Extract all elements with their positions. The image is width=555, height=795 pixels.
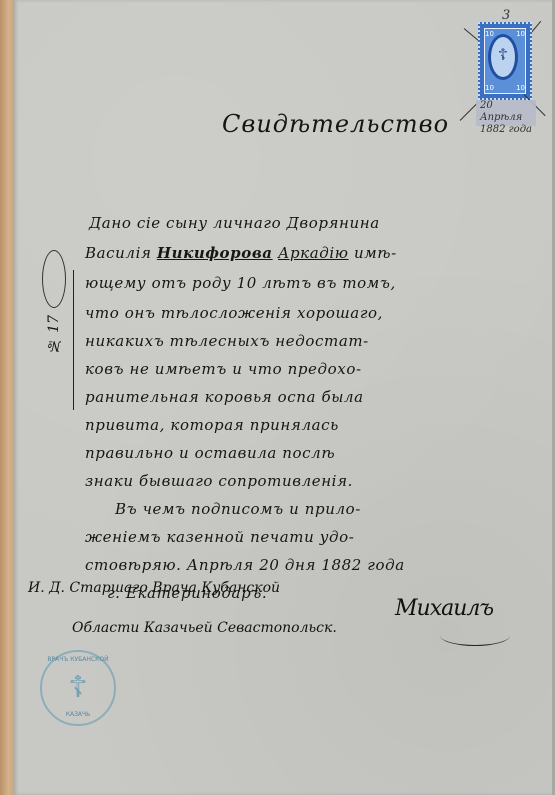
body-line: правильно и оставила послѣ <box>85 444 335 462</box>
body-line: привита, которая принялась <box>85 416 339 434</box>
sheet-number: 3 <box>502 8 510 23</box>
signature: Михаилъ <box>395 596 493 621</box>
body-line: ющему отъ роду 10 лѣтъ въ томъ, <box>85 274 396 292</box>
document-title: Свидѣтельство <box>222 110 449 138</box>
signer-title-line2: Области Казачьей Севастопольск. <box>72 620 337 636</box>
stamp-oval: ☦ <box>488 34 518 80</box>
margin-rule <box>73 270 74 410</box>
stamp-value: 10 <box>485 30 494 38</box>
stamp-cancel-date: 20 Апрѣля 1882 года <box>476 100 536 126</box>
body-line: женіемъ казенной печати удо- <box>85 528 354 546</box>
signer-title-line1: И. Д. Старшаго Врача Кубанской <box>28 580 280 596</box>
body-line: Въ чемъ подписомъ и прило- <box>115 500 361 518</box>
binding-edge <box>0 0 14 795</box>
margin-note: № 17 <box>38 250 78 400</box>
signature-flourish <box>440 625 510 646</box>
revenue-stamp: 3 10 10 ☦ 10 10 20 Апрѣля 1882 года <box>458 8 546 126</box>
stamp-body: 10 10 ☦ 10 10 <box>478 22 532 100</box>
double-headed-eagle-icon: ☦ <box>491 45 515 64</box>
flourish <box>42 250 66 308</box>
body-line: что онъ тѣлосложенія хорошаго, <box>85 304 383 322</box>
body-line: Дано сіе сыну личнаго Дворянина <box>89 214 380 232</box>
body-line: Василія Никифорова Аркадію имѣ- <box>85 244 397 262</box>
double-headed-eagle-icon: ☦ <box>42 670 114 705</box>
given-name: Аркадію <box>278 244 349 262</box>
body-line: ранительная коровья оспа была <box>85 388 364 406</box>
body-line: знаки бывшаго сопротивленія. <box>85 472 353 490</box>
body-line: никакихъ тѣлесныхъ недостат- <box>85 332 369 350</box>
stamp-value: 10 <box>516 30 525 38</box>
surname: Никифорова <box>157 244 273 262</box>
official-seal: ВРАЧЪ КУБАНСКОЙ ☦ КАЗАЧЬ <box>40 650 116 726</box>
stamp-value: 10 <box>485 84 494 92</box>
body-line: стовѣряю. Апрѣля 20 дня 1882 года <box>85 556 405 574</box>
stamp-value: 10 <box>516 84 525 92</box>
body-line: ковъ не имѣетъ и что предохо- <box>85 360 362 378</box>
